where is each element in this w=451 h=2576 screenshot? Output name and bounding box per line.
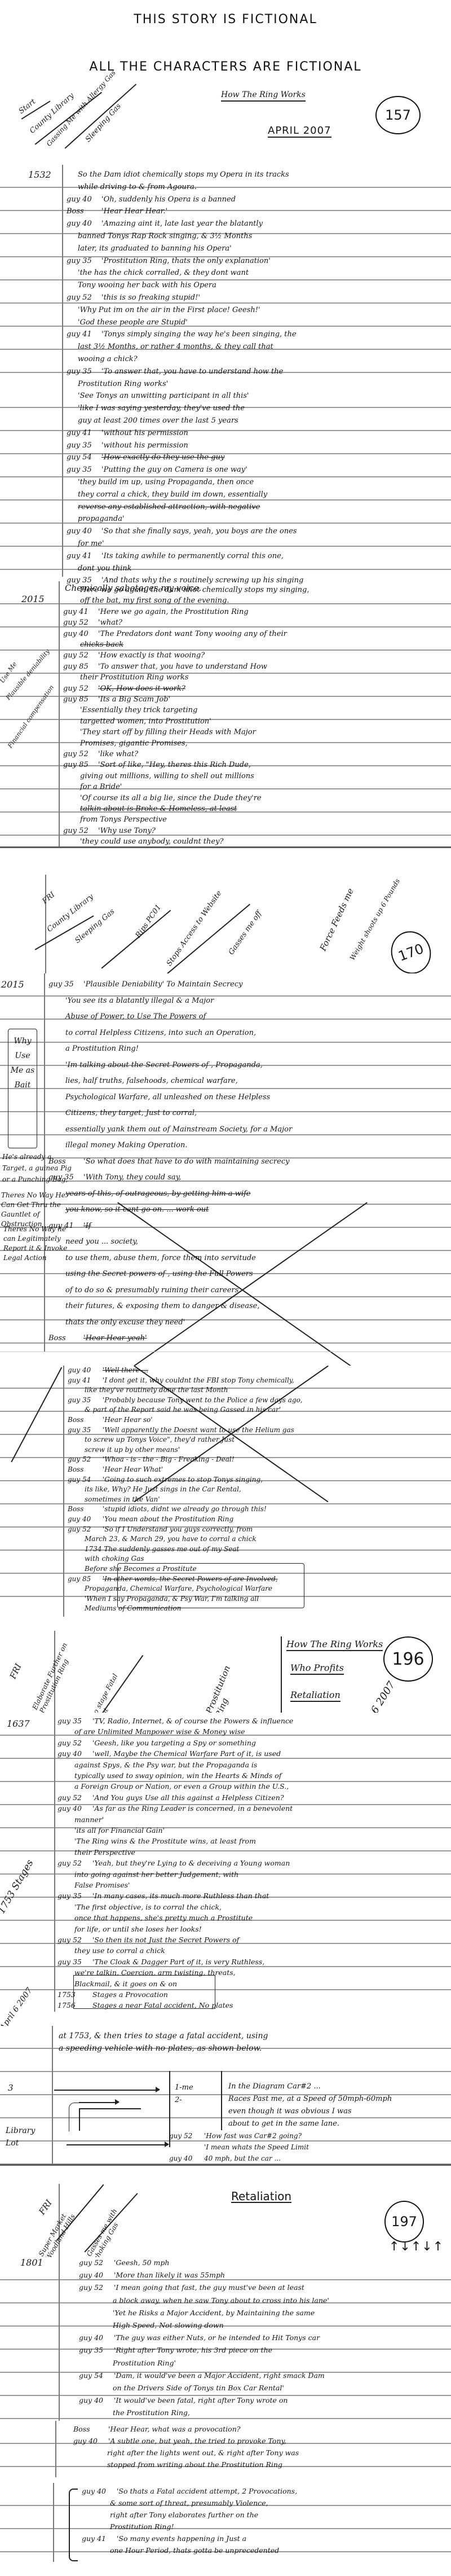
transcript-line: 'Essentially they trick targeting — [63, 705, 197, 716]
transcript-line: 'God these people are Stupid' — [67, 317, 188, 328]
speaker-label: guy 35 — [67, 256, 101, 267]
line-text: the Prostitution Ring, — [113, 2408, 190, 2417]
transcript-line: guy 52'And You guys Use all this against… — [58, 1792, 284, 1803]
transcript-line: 'The Ring wins & the Prostitute wins, at… — [58, 1836, 256, 1847]
line-text: a block away, when he saw Tony about to … — [113, 2296, 329, 2305]
line-text: 'How exactly is that wooing? — [98, 651, 205, 660]
transcript-line: guy 52'How fast was Car#2 going? — [169, 2130, 302, 2141]
transcript-line: guy 35'In many cases, its much more Ruth… — [58, 1890, 269, 1902]
line-text: 'So thats a Fatal accident attempt, 2 Pr… — [117, 2487, 297, 2495]
speaker-label: guy 40 — [67, 526, 101, 537]
diagonal-note: Stops Access to Website — [165, 889, 224, 968]
entry-time: 1801 — [20, 2257, 43, 2268]
transcript-line: guy 52'Yeah, but they're Lying to & dece… — [58, 1858, 290, 1869]
line-text: Before she Becomes a Prostitute — [85, 1565, 197, 1573]
speaker-label: 1753 — [58, 1989, 92, 2000]
transcript-line: chicks back — [63, 639, 123, 651]
line-text: reverse any established attraction, with… — [78, 503, 260, 511]
speaker-label: guy 40 — [79, 2395, 114, 2406]
transcript-line: Boss'So what does that have to do with m… — [48, 1156, 289, 1168]
speaker-label: guy 54 — [79, 2370, 114, 2381]
transcript-line: a block away, when he saw Tony about to … — [79, 2295, 329, 2306]
topic-heading: Who Profits — [290, 1662, 344, 1675]
speaker-label: Boss — [48, 1156, 83, 1168]
speaker-label: guy 41 — [48, 1221, 83, 1232]
diagonal-note: Sleeping Gas — [73, 907, 116, 945]
speaker-label: guy 35 — [79, 2345, 114, 2356]
line-text: 'You see its a blatantly illegal & a Maj… — [65, 997, 214, 1005]
line-text: like they've routinely done the last Mon… — [85, 1386, 228, 1394]
line-text: 'Oh, suddenly his Opera is a banned — [101, 195, 236, 204]
line-text: a Prostitution Ring! — [65, 1045, 139, 1053]
transcript-line: their Perspective — [58, 1847, 135, 1858]
page-number: 170 — [385, 925, 437, 979]
speaker-label: guy 40 — [67, 218, 101, 230]
line-text: 'In other words, the Secret Powers of ar… — [103, 1575, 278, 1583]
transcript-line: to corral Helpless Citizens, into such a… — [48, 1028, 256, 1039]
line-text: 'And thats why the s routinely screwing … — [101, 576, 303, 585]
line-text: 'Hear Hear, what was a provocation? — [108, 2425, 240, 2433]
transcript-line: guy 35'TV, Radio, Internet, & of course … — [58, 1715, 293, 1727]
transcript-line: guy 41'Here we go again, the Prostitutio… — [63, 607, 249, 618]
direction-arrows: ↑↓↑↓↑ — [389, 2241, 444, 2253]
speaker-label: guy 85 — [63, 694, 98, 705]
line-text: 'As far as the Ring Leader is concerned,… — [92, 1804, 293, 1813]
line-text: 'The Cloak & Dagger Part of it, is very … — [92, 1958, 264, 1966]
line-text: stopped from writing about the Prostitut… — [107, 2460, 282, 2469]
diagram-note-line: Races Past me, at a Speed of 50mph-60mph — [228, 2094, 392, 2105]
line-text: 'Whoa - is - the - Big - Freaking - Deal… — [103, 1455, 235, 1463]
transcript-line: years of this, of outrageous, by getting… — [48, 1188, 251, 1200]
line-text: chicks back — [80, 640, 123, 649]
transcript-line: later, its graduated to banning his Oper… — [67, 243, 232, 254]
transcript-line: giving out millions, willing to shell ou… — [63, 771, 254, 782]
line-text: off the bat, my first song of the evenin… — [80, 596, 229, 605]
line-text: of are Unlimited Manpower wise & Money w… — [74, 1727, 245, 1736]
speaker-label: guy 35 — [67, 366, 101, 378]
margin-box: Why Use Me as Bait — [8, 1029, 37, 1148]
speaker-label: guy 41 — [67, 329, 101, 340]
line-text: their Perspective — [74, 1848, 135, 1857]
transcript-line: guy 40'It would've been fatal, right aft… — [79, 2395, 288, 2406]
transcript-line: banned Tonys Rap Rock singing, & 3½ Mont… — [67, 231, 252, 242]
line-text: 'I mean whats the Speed Limit — [204, 2143, 309, 2151]
speaker-label: guy 52 — [58, 1858, 92, 1869]
transcript-line: Psychological Warfare, all unleashed on … — [48, 1092, 270, 1103]
line-text: 'Geesh, 50 mph — [114, 2258, 169, 2267]
line-text: 'More than likely it was 55mph — [114, 2271, 225, 2279]
line-text: lies, half truths, falsehoods, chemical … — [65, 1077, 238, 1085]
diagonal-divider — [84, 2193, 138, 2252]
line-text: 'Sort of like, "Hey, theres this Rich Du… — [98, 761, 251, 769]
line-text: 'Probably because Tony went to the Polic… — [103, 1396, 303, 1404]
transcript-line: they corral a chick, they build im down,… — [67, 489, 267, 501]
speaker-label: guy 52 — [79, 2282, 114, 2293]
bracket — [69, 2489, 78, 2561]
topic-heading: Retaliation — [231, 2191, 291, 2203]
speaker-label: guy 52 — [58, 1934, 92, 1946]
line-text: 'OK, How does it work? — [98, 684, 185, 693]
line-text: & part of the Report said he was being G… — [85, 1406, 281, 1414]
line-text: 'The Ring wins & the Prostitute wins, at… — [74, 1837, 256, 1845]
transcript-line: 'Of course its all a big lie, since the … — [63, 793, 262, 804]
transcript-line: 1753Stages a Provocation — [58, 1989, 168, 2000]
speaker-label: Boss — [67, 206, 101, 217]
line-text: Stages a Provocation — [92, 1990, 168, 1999]
transcript-line: So the Dam idiot chemically stops my Ope… — [67, 169, 289, 181]
line-text: 'It would've been fatal, right after Ton… — [114, 2396, 288, 2404]
diagram-note-line: In the Diagram Car#2 ... — [228, 2081, 321, 2092]
line-text: 'Tonys simply singing the way he's been … — [101, 330, 297, 339]
transcript-line: the Prostitution Ring, — [79, 2407, 190, 2419]
transcript-line: targetted women, into Prostitution' — [63, 716, 211, 727]
diagram-divider — [221, 2071, 222, 2130]
line-text: 'they could use anybody, couldnt they? — [80, 837, 223, 846]
speaker-label: guy 35 — [48, 979, 83, 990]
line-text: 'stupid idiots, didnt we already go thro… — [103, 1505, 267, 1513]
speaker-label: guy 52 — [79, 2257, 114, 2268]
transcript-line: guy 52'what? — [63, 617, 122, 629]
transcript-line: 'I mean whats the Speed Limit — [169, 2141, 309, 2153]
transcript-line: Tony wooing her back with his Opera — [67, 280, 216, 291]
diagonal-note: Start — [17, 98, 37, 116]
line-text: screw it up by other means' — [85, 1446, 180, 1454]
transcript-line: against Spys, & the Psy war, but the Pro… — [58, 1759, 257, 1771]
speaker-label: Boss — [48, 1333, 83, 1344]
line-text: 'The first objective, is to corral the c… — [74, 1903, 222, 1911]
diagram-legend: 2- — [175, 2095, 182, 2106]
line-text: 'A subtle one, but yeah, the tried to pr… — [108, 2437, 286, 2445]
line-text: 'Its a Big Scam Job' — [98, 695, 170, 704]
line-text: 'See Tonys an unwitting participant in a… — [78, 392, 249, 400]
diagonal-note: FRI — [8, 1662, 24, 1680]
transcript-line: 'Im talking about the Secret Powers of ,… — [48, 1060, 263, 1071]
line-text: to use them, abuse them, force them into… — [65, 1254, 256, 1262]
transcript-line: Mediums of Communication — [68, 1603, 181, 1614]
line-text: they corral a chick, they build im down,… — [78, 490, 267, 499]
transcript-line: one Hour Period, thats gotta be unpreced… — [82, 2545, 279, 2556]
transcript-line: a Prostitution Ring! — [48, 1043, 139, 1055]
speaker-label: guy 40 — [63, 629, 98, 640]
transcript-line: once that happens, she's pretty much a P… — [58, 1912, 253, 1924]
transcript-line: High Speed, Not slowing down — [79, 2320, 224, 2331]
page-170-header: FRI County Library Sleeping Gas Rips PC0… — [0, 863, 451, 976]
transcript-line: talkin about is Broke & Homeless, at lea… — [63, 804, 237, 815]
line-text: 40 mph, but the car ... — [204, 2154, 281, 2162]
line-text: March 23, & March 29, you have to corral… — [85, 1535, 257, 1543]
line-text: manner' — [74, 1815, 104, 1824]
transcript-line: guy 40'As far as the Ring Leader is conc… — [58, 1803, 293, 1814]
line-text: 'Hear Hear What' — [103, 1465, 163, 1473]
line-text: giving out millions, willing to shell ou… — [80, 772, 254, 780]
line-text: right after Tony elaborates further on t… — [110, 2511, 258, 2519]
speaker-label: guy 40 — [82, 2486, 117, 2497]
speaker-label: guy 52 — [63, 617, 98, 629]
transcript-line: a speeding vehicle with no plates, as sh… — [56, 2043, 262, 2054]
line-text: 'well, Maybe the Chemical Warfare Part o… — [92, 1749, 281, 1758]
speaker-label: guy 35 — [58, 1890, 92, 1902]
line-text: 'With Tony, they could say, — [83, 1173, 181, 1182]
line-text: 'So that she finally says, yeah, you boy… — [101, 527, 297, 536]
transcript-line: typically used to sway opinion, win the … — [58, 1770, 281, 1781]
line-text: with choking Gas — [85, 1555, 144, 1563]
transcript-line: Prostitution Ring! — [82, 2521, 174, 2533]
line-text: Mediums of Communication — [85, 1604, 181, 1612]
line-text: 'To answer that, you have to understand … — [101, 367, 283, 376]
line-text: 'Hear Hear so' — [103, 1416, 153, 1424]
lane-line — [79, 2108, 141, 2109]
diagram-note-line: even though it was obvious I was — [228, 2106, 352, 2117]
speaker-label: guy 35 — [67, 440, 101, 451]
line-text: 1734 The suddenly gasses me out of my Se… — [85, 1545, 239, 1553]
line-text: for me' — [78, 539, 104, 548]
line-text: using the Secret powers of , using the F… — [65, 1270, 253, 1278]
line-text: 'Yeah, but they're Lying to & deceiving … — [92, 1859, 290, 1867]
speaker-label: guy 52 — [63, 826, 98, 837]
transcript-line: while driving to & from Agoura. — [67, 182, 197, 193]
characters-disclaimer: ALL THE CHARACTERS ARE FICTIONAL — [0, 60, 451, 74]
transcript-line: manner' — [58, 1814, 104, 1825]
transcript-line: propaganda' — [67, 514, 125, 525]
transcript-line: guy 85'Sort of like, "Hey, theres this R… — [63, 760, 251, 771]
line-text: 'So then its not Just the Secret Powers … — [92, 1936, 239, 1944]
line-text: 'The Predators dont want Tony wooing any… — [98, 630, 287, 638]
transcript-line: guy 52'OK, How does it work? — [63, 683, 185, 695]
line-text: 'They start off by filling their Heads w… — [80, 728, 256, 736]
line-text: targetted women, into Prostitution' — [80, 717, 211, 726]
page-edge — [0, 1351, 451, 1352]
line-text: talkin about is Broke & Homeless, at lea… — [80, 805, 237, 813]
line-text: on the Drivers Side of Tonys tin Box Car… — [113, 2384, 284, 2392]
car-arrow — [79, 2102, 118, 2103]
transcript-line: guy at least 200 times over the last 5 y… — [67, 415, 238, 427]
line-text: 'When I say Propaganda, & Psy War, I'm t… — [85, 1595, 259, 1603]
line-text: Stages a near Fatal accident, No plates — [92, 2001, 233, 2009]
transcript-line: guy 41'So many events happening in Just … — [82, 2533, 246, 2544]
story-disclaimer: THIS STORY IS FICTIONAL — [0, 12, 451, 27]
line-text: Abuse of Power, to Use The Powers of — [65, 1012, 206, 1021]
transcript-line: guy 41'without his permission — [67, 428, 188, 439]
line-text: 'like what? — [98, 750, 138, 758]
line-text: their Prostitution Ring works — [80, 673, 188, 682]
line-text: 'Putting the guy on Camera is one way' — [101, 466, 247, 474]
line-text: Here we go again, the dam idiot chemical… — [80, 586, 309, 594]
line-text: banned Tonys Rap Rock singing, & 3½ Mont… — [78, 232, 252, 240]
transcript-line: their futures, & exposing them to danger… — [48, 1301, 260, 1312]
transcript-line: guy 35'Right after Tony wrote, his 3rd p… — [79, 2345, 272, 2356]
line-text: 'like I was saying yesterday, they've us… — [78, 404, 245, 412]
diagonal-note: Elaborate Further on Prostitution Ring — [31, 1631, 81, 1714]
line-text: 'So what does that have to do with maint… — [83, 1157, 289, 1166]
transcript-line: guy 35'Prostitution Ring, thats the only… — [67, 256, 271, 267]
transcript-line: for me' — [67, 538, 104, 550]
transcript-line: guy 40'A subtle one, but yeah, the tried… — [73, 2435, 286, 2447]
transcript-line: Boss'Hear Hear Hear.' — [67, 206, 167, 217]
speaker-label: guy 54 — [67, 452, 101, 463]
line-text: 'God these people are Stupid' — [78, 318, 188, 327]
transcript-line: Citizens, they target, Just to corral, — [48, 1108, 197, 1119]
transcript-line: 'its all for Financial Gain' — [58, 1825, 165, 1836]
line-text: 'they build im up, using Propaganda, the… — [78, 478, 254, 486]
diagram-label: 3 — [8, 2082, 14, 2094]
line-text: 'Going to such extremes to stop Tonys si… — [103, 1476, 263, 1484]
transcript-line: need you ... society, — [48, 1236, 138, 1248]
line-text: 'the has the chick corralled, & they don… — [78, 269, 249, 277]
transcript-line: for a Bride' — [63, 782, 122, 793]
topic-heading: Retaliation — [290, 1689, 341, 1702]
line-text: a speeding vehicle with no plates, as sh… — [59, 2044, 262, 2053]
transcript-line: guy 52'So then its not Just the Secret P… — [58, 1934, 239, 1946]
speaker-label: guy 40 — [67, 194, 101, 205]
transcript-line: you know, so it cant go on. ... work out — [48, 1204, 209, 1215]
transcript-line: guy 52'Why use Tony? — [63, 826, 156, 837]
line-text: thats the only excuse they need' — [65, 1318, 185, 1327]
transcript-line: guy 52'I mean going that fast, the guy m… — [79, 2282, 304, 2293]
speaker-label: guy 52 — [63, 749, 98, 760]
diagonal-note: Force Feeds me — [318, 887, 356, 953]
lane-line — [79, 2108, 80, 2131]
line-text: Citizens, they target, Just to corral, — [65, 1109, 197, 1117]
transcript-line: guy 52'like what? — [63, 749, 138, 760]
line-text: into going against her better Judgement,… — [74, 1870, 238, 1879]
transcript-line: 'they build im up, using Propaganda, the… — [67, 477, 254, 488]
speaker-label: guy 40 — [79, 2270, 114, 2281]
transcript-line: of to do so & presumably ruining their c… — [48, 1285, 238, 1296]
diagram-note-line: about to get in the same lane. — [228, 2118, 339, 2130]
transcript-line: 'the has the chick corralled, & they don… — [67, 267, 249, 279]
transcript-line: guy 35'With Tony, they could say, — [48, 1172, 181, 1183]
diagonal-divider — [101, 910, 171, 968]
entry-time: 2015 — [1, 979, 24, 990]
line-text: 'what? — [98, 618, 122, 627]
lane-arrow — [67, 2144, 168, 2145]
line-text: need you ... society, — [65, 1237, 138, 1246]
transcript-line: guy 35'Plausible Deniability' To Maintai… — [48, 979, 242, 990]
transcript-line: Boss'Hear Hear, what was a provocation? — [73, 2424, 240, 2435]
line-text: Propaganda, Chemical Warfare, Psychologi… — [85, 1585, 272, 1592]
line-text: Prostitution Ring works' — [78, 380, 168, 388]
transcript-line: & some sort of threat, presumably Violen… — [82, 2498, 268, 2509]
speaker-label: 1756 — [58, 2000, 92, 2011]
line-text: 'Hear Hear Hear.' — [101, 207, 167, 216]
line-text: to screw up Tonys Voice", they'd rather … — [85, 1436, 235, 1443]
line-text: & some sort of threat, presumably Violen… — [110, 2499, 268, 2507]
line-text: 'Prostitution Ring, thats the only expla… — [101, 257, 271, 265]
line-text: years of this, of outrageous, by getting… — [65, 1190, 251, 1198]
transcript-line: Here we go again, the dam idiot chemical… — [63, 585, 309, 596]
line-text: 'Hear Hear yeah' — [83, 1334, 147, 1342]
line-text: its like, Why? He Just sings in the Car … — [85, 1485, 241, 1493]
line-text: 'Why use Tony? — [98, 827, 156, 835]
line-text: 'How exactly do they use the guy — [101, 453, 224, 462]
transcript-line: guy 40'The guy was either Nuts, or he in… — [79, 2332, 320, 2344]
topic-heading: How The Ring Works — [286, 1639, 383, 1651]
page-number: 157 — [375, 96, 421, 134]
speaker-label: guy 52 — [63, 650, 98, 661]
line-text: 'Dam, it would've been a Major Accident,… — [114, 2371, 325, 2380]
line-text: 'its all for Financial Gain' — [74, 1826, 165, 1835]
line-text: 'Why Put im on the air in the First plac… — [78, 306, 260, 314]
transcript-line: reverse any established attraction, with… — [67, 502, 260, 513]
transcript-line: 'like I was saying yesterday, they've us… — [67, 403, 245, 414]
line-text: Tony wooing her back with his Opera — [78, 281, 216, 289]
speaker-label: guy 35 — [67, 464, 101, 476]
transcript-line: guy 41'Its taking awhile to permanently … — [67, 551, 284, 562]
transcript-line: thats the only excuse they need' — [48, 1317, 185, 1328]
line-text: 'Amazing aint it, late last year the bla… — [101, 220, 263, 228]
transcript-line: into going against her better Judgement,… — [58, 1869, 238, 1880]
transcript-line: their Prostitution Ring works — [63, 672, 188, 683]
transcript-line: right after the lights went out, & right… — [73, 2447, 299, 2459]
transcript-line: guy 40'Amazing aint it, late last year t… — [67, 218, 263, 230]
speaker-label: guy 52 — [58, 1792, 92, 1803]
transcript-line: 'they could use anybody, couldnt they? — [63, 836, 223, 848]
topic-heading: How The Ring Works — [221, 89, 306, 102]
line-text: 'How fast was Car#2 going? — [204, 2132, 302, 2140]
line-text: 'Plausible Deniability' To Maintain Secr… — [83, 980, 242, 989]
page-197-header: FRI Super Market Woodland Hills Gasses m… — [0, 2178, 451, 2260]
line-text: one Hour Period, thats gotta be unpreced… — [110, 2546, 279, 2555]
line-text: right after the lights went out, & right… — [107, 2448, 299, 2457]
speaker-label: guy 41 — [63, 607, 98, 618]
transcript-line: guy 52'this is so freaking stupid!' — [67, 292, 200, 304]
diagonal-note: Prostitution Ring — [204, 1659, 244, 1719]
line-text: you know, so it cant go on. ... work out — [65, 1205, 209, 1214]
transcript-line: right after Tony elaborates further on t… — [82, 2509, 258, 2521]
transcript-line: wooing a chick? — [67, 354, 138, 365]
line-text: their futures, & exposing them to danger… — [65, 1302, 260, 1310]
transcript-line: guy 35'without his permission — [67, 440, 188, 451]
transcript-line: on the Drivers Side of Tonys tin Box Car… — [79, 2382, 284, 2394]
transcript-line: guy 52'Geesh, like you targeting a Spy o… — [58, 1737, 256, 1749]
transcript-line: guy 40'More than likely it was 55mph — [79, 2270, 225, 2281]
transcript-line: illegal money Making Operation. — [48, 1140, 188, 1151]
speaker-label: guy 41 — [82, 2533, 117, 2544]
transcript-line: essentially yank them out of Mainstream … — [48, 1124, 292, 1135]
line-text: 'And You guys Use all this against a Hel… — [92, 1793, 284, 1802]
speaker-label: guy 35 — [58, 1956, 92, 1968]
transcript-line: guy 40'well, Maybe the Chemical Warfare … — [58, 1748, 281, 1759]
line-text: Promises, gigantic Promises, — [80, 739, 188, 748]
diagram-label: Library Lot — [6, 2125, 51, 2149]
transcript-line: Boss'Hear Hear yeah' — [48, 1333, 147, 1344]
line-text: Psychological Warfare, all unleashed on … — [65, 1093, 270, 1102]
line-text: against Spys, & the Psy war, but the Pro… — [74, 1761, 257, 1769]
speaker-label: guy 40 — [169, 2153, 204, 2164]
transcript-line: to use them, abuse them, force them into… — [48, 1253, 256, 1264]
speaker-label: guy 85 — [63, 760, 98, 771]
line-text: typically used to sway opinion, win the … — [74, 1771, 281, 1780]
transcript-line: 1756Stages a near Fatal accident, No pla… — [58, 2000, 233, 2011]
line-text: 'without his permission — [101, 429, 188, 437]
line-text: later, its graduated to banning his Oper… — [78, 244, 232, 253]
transcript-line: from Tonys Perspective — [63, 814, 167, 826]
line-text: essentially yank them out of Mainstream … — [65, 1125, 292, 1134]
transcript-line: guy 41'Tonys simply singing the way he's… — [67, 329, 297, 340]
page-number: 197 — [384, 2201, 424, 2243]
line-text: 'Im talking about the Secret Powers of ,… — [65, 1061, 263, 1069]
line-text: for a Bride' — [80, 783, 122, 791]
line-text: High Speed, Not slowing down — [113, 2321, 224, 2329]
line-text: while driving to & from Agoura. — [78, 183, 197, 191]
line-text: 'Its taking awhile to permanently corral… — [101, 552, 284, 560]
line-text: illegal money Making Operation. — [65, 1141, 188, 1149]
line-text: 'To answer that, you have to understand … — [98, 662, 267, 671]
line-text: Prostitution Ring' — [113, 2359, 176, 2367]
speaker-label: guy 35 — [48, 1172, 83, 1183]
transcript-line: guy 40'Oh, suddenly his Opera is a banne… — [67, 194, 236, 205]
speaker-label: guy 41 — [67, 551, 101, 562]
